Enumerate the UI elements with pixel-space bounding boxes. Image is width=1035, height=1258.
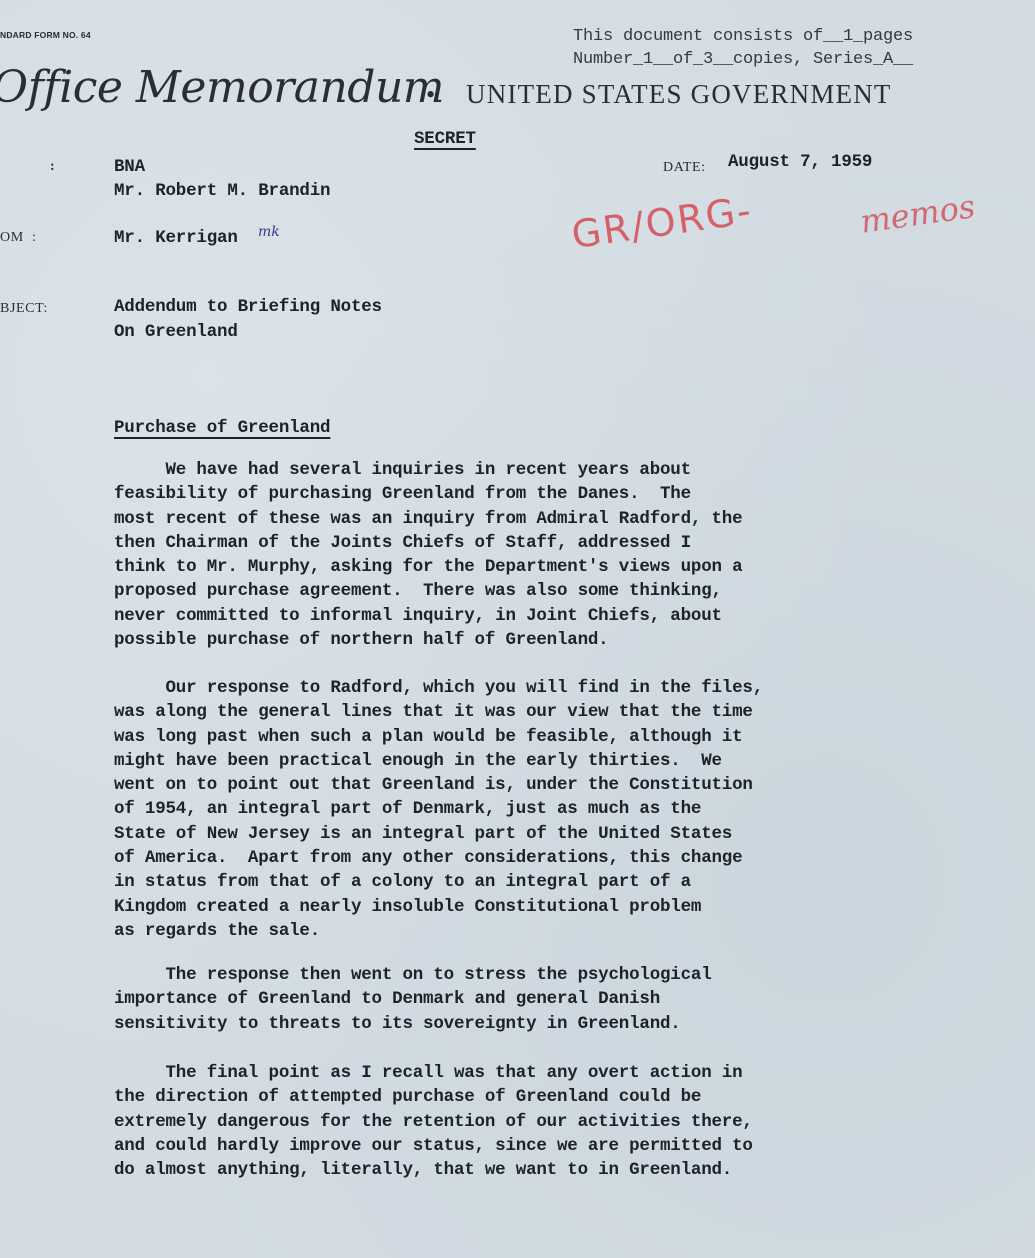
paragraph-line: think to Mr. Murphy, asking for the Depa… — [114, 555, 904, 579]
body-paragraph-2: Our response to Radford, which you will … — [114, 676, 904, 943]
copy-control-number: Number_1__of_3__copies, Series_A__ — [573, 50, 913, 69]
paragraph-line: was long past when such a plan would be … — [114, 725, 904, 749]
paragraph-line: of 1954, an integral part of Denmark, ju… — [114, 797, 904, 821]
from-label: OM : — [0, 230, 36, 246]
form-number: NDARD FORM NO. 64 — [0, 30, 91, 40]
paragraph-line: never committed to informal inquiry, in … — [114, 604, 904, 628]
paragraph-line: Kingdom created a nearly insoluble Const… — [114, 895, 904, 919]
paragraph-line: do almost anything, literally, that we w… — [114, 1158, 904, 1182]
paragraph-line: sensitivity to threats to its sovereignt… — [114, 1012, 904, 1036]
classification-marking: SECRET — [414, 129, 476, 149]
body-paragraph-4: The final point as I recall was that any… — [114, 1061, 904, 1182]
body-paragraph-1: We have had several inquiries in recent … — [114, 458, 904, 652]
paragraph-line: was along the general lines that it was … — [114, 700, 904, 724]
paragraph-line: The response then went on to stress the … — [114, 963, 904, 987]
paragraph-line: importance of Greenland to Denmark and g… — [114, 987, 904, 1011]
paragraph-line: most recent of these was an inquiry from… — [114, 507, 904, 531]
paragraph-line: and could hardly improve our status, sin… — [114, 1134, 904, 1158]
paragraph-line: went on to point out that Greenland is, … — [114, 773, 904, 797]
to-recipient-name: Mr. Robert M. Brandin — [114, 181, 330, 201]
handwritten-initials: mk — [258, 224, 280, 240]
date-value: August 7, 1959 — [728, 152, 872, 172]
paragraph-line: of America. Apart from any other conside… — [114, 846, 904, 870]
to-label: : — [50, 159, 55, 175]
paragraph-line: possible purchase of northern half of Gr… — [114, 628, 904, 652]
agency-name: UNITED STATES GOVERNMENT — [466, 79, 892, 110]
from-value: Mr. Kerrigan — [114, 228, 238, 248]
subject-line-1: Addendum to Briefing Notes — [114, 297, 382, 317]
paragraph-line: State of New Jersey is an integral part … — [114, 822, 904, 846]
paragraph-line: The final point as I recall was that any… — [114, 1061, 904, 1085]
paragraph-line: proposed purchase agreement. There was a… — [114, 579, 904, 603]
subject-line-2: On Greenland — [114, 322, 238, 342]
section-heading: Purchase of Greenland — [114, 418, 330, 438]
paragraph-line: extremely dangerous for the retention of… — [114, 1110, 904, 1134]
paragraph-line: feasibility of purchasing Greenland from… — [114, 482, 904, 506]
paragraph-line: the direction of attempted purchase of G… — [114, 1085, 904, 1109]
paragraph-line: then Chairman of the Joints Chiefs of St… — [114, 531, 904, 555]
memo-title: Office Memorandum — [0, 62, 444, 113]
paragraph-line: We have had several inquiries in recent … — [114, 458, 904, 482]
to-recipient-office: BNA — [114, 157, 145, 177]
copy-control-pages: This document consists of__1_pages — [573, 27, 913, 46]
title-separator: • — [426, 80, 435, 110]
handwritten-file-code: GR/ORG- — [569, 188, 755, 257]
paragraph-line: Our response to Radford, which you will … — [114, 676, 904, 700]
paragraph-line: as regards the sale. — [114, 919, 904, 943]
handwritten-file-note: memos — [858, 187, 977, 241]
subject-label: BJECT: — [0, 301, 48, 317]
body-paragraph-3: The response then went on to stress the … — [114, 963, 904, 1036]
paragraph-line: might have been practical enough in the … — [114, 749, 904, 773]
date-label: DATE: — [663, 160, 706, 176]
paragraph-line: in status from that of a colony to an in… — [114, 870, 904, 894]
